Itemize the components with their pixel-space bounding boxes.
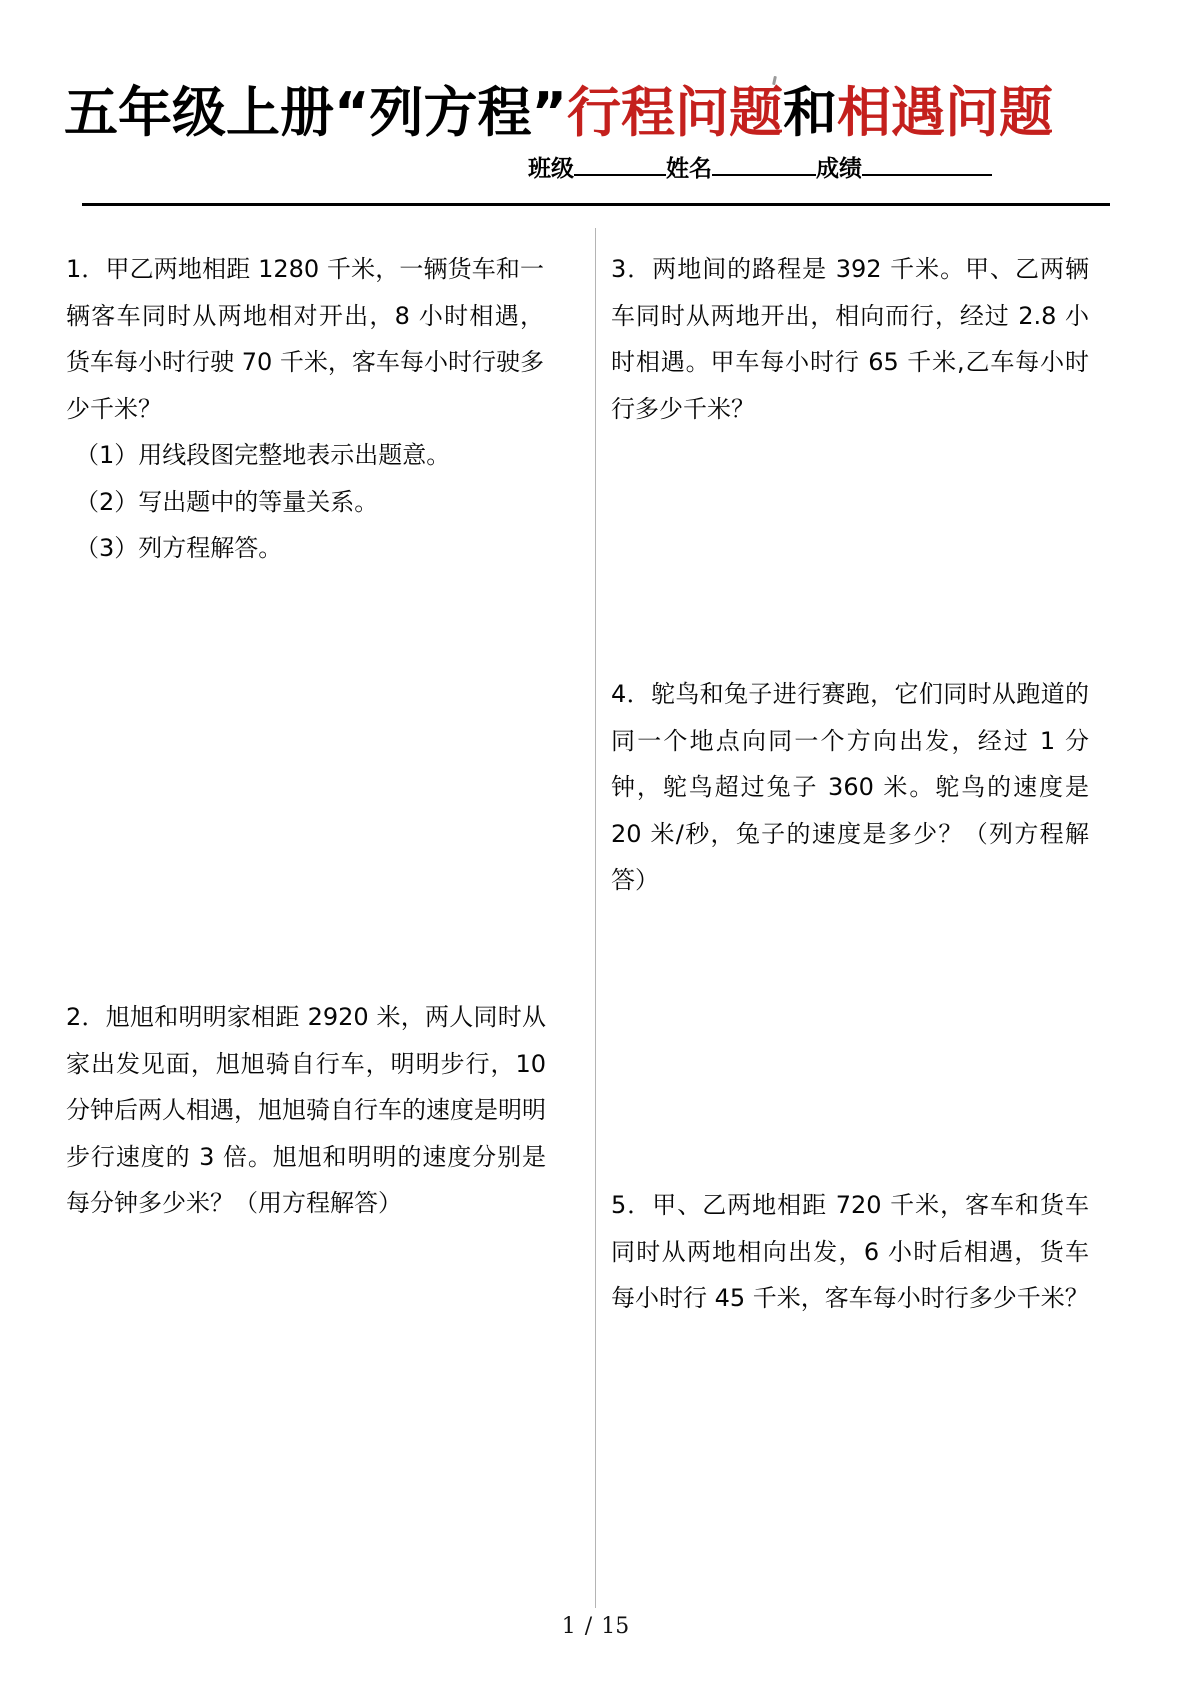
problem-1-subitem-3: （3）列方程解答。 bbox=[66, 525, 544, 572]
problem-1-text: 1．甲乙两地相距 1280 千米，一辆货车和一辆客车同时从两地相对开出，8 小时… bbox=[66, 246, 544, 432]
problem-4-text: 4．鸵鸟和兔子进行赛跑，它们同时从跑道的同一个地点向同一个方向出发，经过 1 分… bbox=[611, 671, 1089, 904]
worksheet-page: 五年级上册“列方程”行程问题和相遇问题 班级姓名成绩 1．甲乙两地相距 1280… bbox=[0, 0, 1191, 1684]
name-fill-blank bbox=[712, 154, 816, 176]
problem-3-text: 3．两地间的路程是 392 千米。甲、乙两辆车同时从两地开出，相向而行，经过 2… bbox=[611, 246, 1089, 432]
score-label: 成绩 bbox=[816, 156, 862, 182]
problem-4: 4．鸵鸟和兔子进行赛跑，它们同时从跑道的同一个地点向同一个方向出发，经过 1 分… bbox=[611, 671, 1089, 904]
title-red-part-1: 行程问题 bbox=[567, 81, 783, 144]
total-page-count: 15 bbox=[601, 1614, 629, 1639]
problem-5: 5．甲、乙两地相距 720 千米，客车和货车同时从两地相向出发，6 小时后相遇，… bbox=[611, 1182, 1089, 1322]
problem-2-text: 2．旭旭和明明家相距 2920 米，两人同时从家出发见面，旭旭骑自行车，明明步行… bbox=[66, 994, 546, 1227]
title-red-part-2: 相遇问题 bbox=[837, 81, 1053, 144]
problem-1-subitem-2: （2）写出题中的等量关系。 bbox=[66, 479, 544, 526]
score-fill-blank bbox=[862, 154, 992, 176]
problem-2: 2．旭旭和明明家相距 2920 米，两人同时从家出发见面，旭旭骑自行车，明明步行… bbox=[66, 994, 546, 1227]
column-divider bbox=[595, 228, 596, 1608]
problem-1: 1．甲乙两地相距 1280 千米，一辆货车和一辆客车同时从两地相对开出，8 小时… bbox=[66, 246, 544, 572]
title-black-part-2: 和 bbox=[783, 81, 837, 144]
class-fill-blank bbox=[574, 154, 666, 176]
name-label: 姓名 bbox=[666, 156, 712, 182]
page-number-separator: / bbox=[585, 1614, 592, 1639]
student-info-line: 班级姓名成绩 bbox=[528, 150, 992, 183]
problem-3: 3．两地间的路程是 392 千米。甲、乙两辆车同时从两地开出，相向而行，经过 2… bbox=[611, 246, 1089, 432]
problem-5-text: 5．甲、乙两地相距 720 千米，客车和货车同时从两地相向出发，6 小时后相遇，… bbox=[611, 1182, 1089, 1322]
title-black-part-1: 五年级上册“列方程” bbox=[64, 81, 567, 144]
header-rule bbox=[82, 203, 1110, 206]
page-number-footer: 1/15 bbox=[0, 1614, 1191, 1639]
current-page-number: 1 bbox=[562, 1614, 576, 1639]
problem-1-subitem-1: （1）用线段图完整地表示出题意。 bbox=[66, 432, 544, 479]
page-title: 五年级上册“列方程”行程问题和相遇问题 bbox=[64, 70, 1053, 147]
class-label: 班级 bbox=[528, 156, 574, 182]
